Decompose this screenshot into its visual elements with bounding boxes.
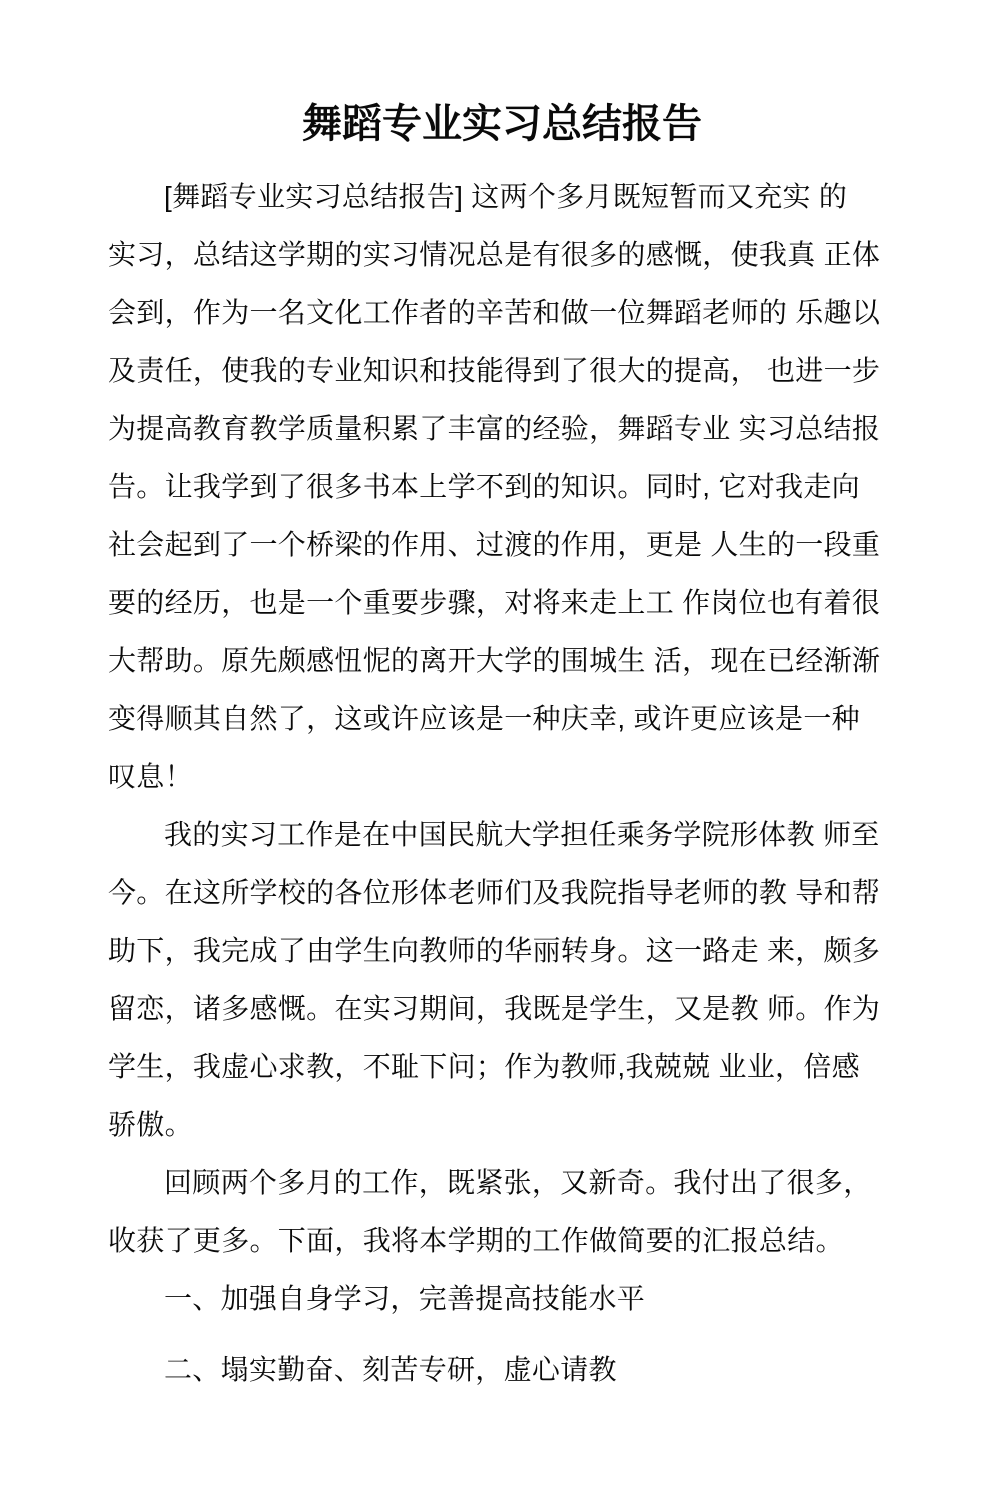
- text-line: 学生，我虚心求教，不耻下问；作为教师,我兢兢 业业，倍感: [108, 1038, 896, 1096]
- text-line: [舞蹈专业实习总结报告] 这两个多月既短暂而又充实 的: [108, 168, 896, 226]
- text-line: 回顾两个多月的工作，既紧张，又新奇。我付出了很多，: [108, 1154, 896, 1212]
- paragraph: 我的实习工作是在中国民航大学担任乘务学院形体教 师至今。在这所学校的各位形体老师…: [108, 806, 896, 1154]
- text-line: 二、塌实勤奋、刻苦专研，虚心请教: [108, 1341, 896, 1399]
- section-heading: 一、加强自身学习，完善提高技能水平: [108, 1270, 896, 1328]
- text-line: 大帮助。原先颇感忸怩的离开大学的围城生 活，现在已经渐渐: [108, 632, 896, 690]
- text-line: 留恋，诸多感慨。在实习期间，我既是学生，又是教 师。作为: [108, 980, 896, 1038]
- paragraph: 回顾两个多月的工作，既紧张，又新奇。我付出了很多，收获了更多。下面，我将本学期的…: [108, 1154, 896, 1270]
- text-line: 及责任，使我的专业知识和技能得到了很大的提高， 也进一步: [108, 342, 896, 400]
- section-heading: 二、塌实勤奋、刻苦专研，虚心请教: [108, 1341, 896, 1399]
- text-line: 告。让我学到了很多书本上学不到的知识。同时, 它对我走向: [108, 458, 896, 516]
- document-title: 舞蹈专业实习总结报告: [108, 99, 896, 149]
- text-line: 要的经历，也是一个重要步骤，对将来走上工 作岗位也有着很: [108, 574, 896, 632]
- document-body: [舞蹈专业实习总结报告] 这两个多月既短暂而又充实 的实习，总结这学期的实习情况…: [108, 168, 896, 1399]
- text-line: 一、加强自身学习，完善提高技能水平: [108, 1270, 896, 1328]
- text-line: 我的实习工作是在中国民航大学担任乘务学院形体教 师至: [108, 806, 896, 864]
- text-line: 助下，我完成了由学生向教师的华丽转身。这一路走 来，颇多: [108, 922, 896, 980]
- text-line: 今。在这所学校的各位形体老师们及我院指导老师的教 导和帮: [108, 864, 896, 922]
- document-page: 舞蹈专业实习总结报告 [舞蹈专业实习总结报告] 这两个多月既短暂而又充实 的实习…: [0, 0, 1000, 1503]
- text-line: 叹息！: [108, 748, 896, 806]
- text-line: 骄傲。: [108, 1096, 896, 1154]
- paragraph: [舞蹈专业实习总结报告] 这两个多月既短暂而又充实 的实习，总结这学期的实习情况…: [108, 168, 896, 806]
- text-line: 为提高教育教学质量积累了丰富的经验，舞蹈专业 实习总结报: [108, 400, 896, 458]
- text-line: 实习，总结这学期的实习情况总是有很多的感慨，使我真 正体: [108, 226, 896, 284]
- text-line: 变得顺其自然了，这或许应该是一种庆幸, 或许更应该是一种: [108, 690, 896, 748]
- text-line: 会到，作为一名文化工作者的辛苦和做一位舞蹈老师的 乐趣以: [108, 284, 896, 342]
- text-line: 社会起到了一个桥梁的作用、过渡的作用，更是 人生的一段重: [108, 516, 896, 574]
- text-line: 收获了更多。下面，我将本学期的工作做简要的汇报总结。: [108, 1212, 896, 1270]
